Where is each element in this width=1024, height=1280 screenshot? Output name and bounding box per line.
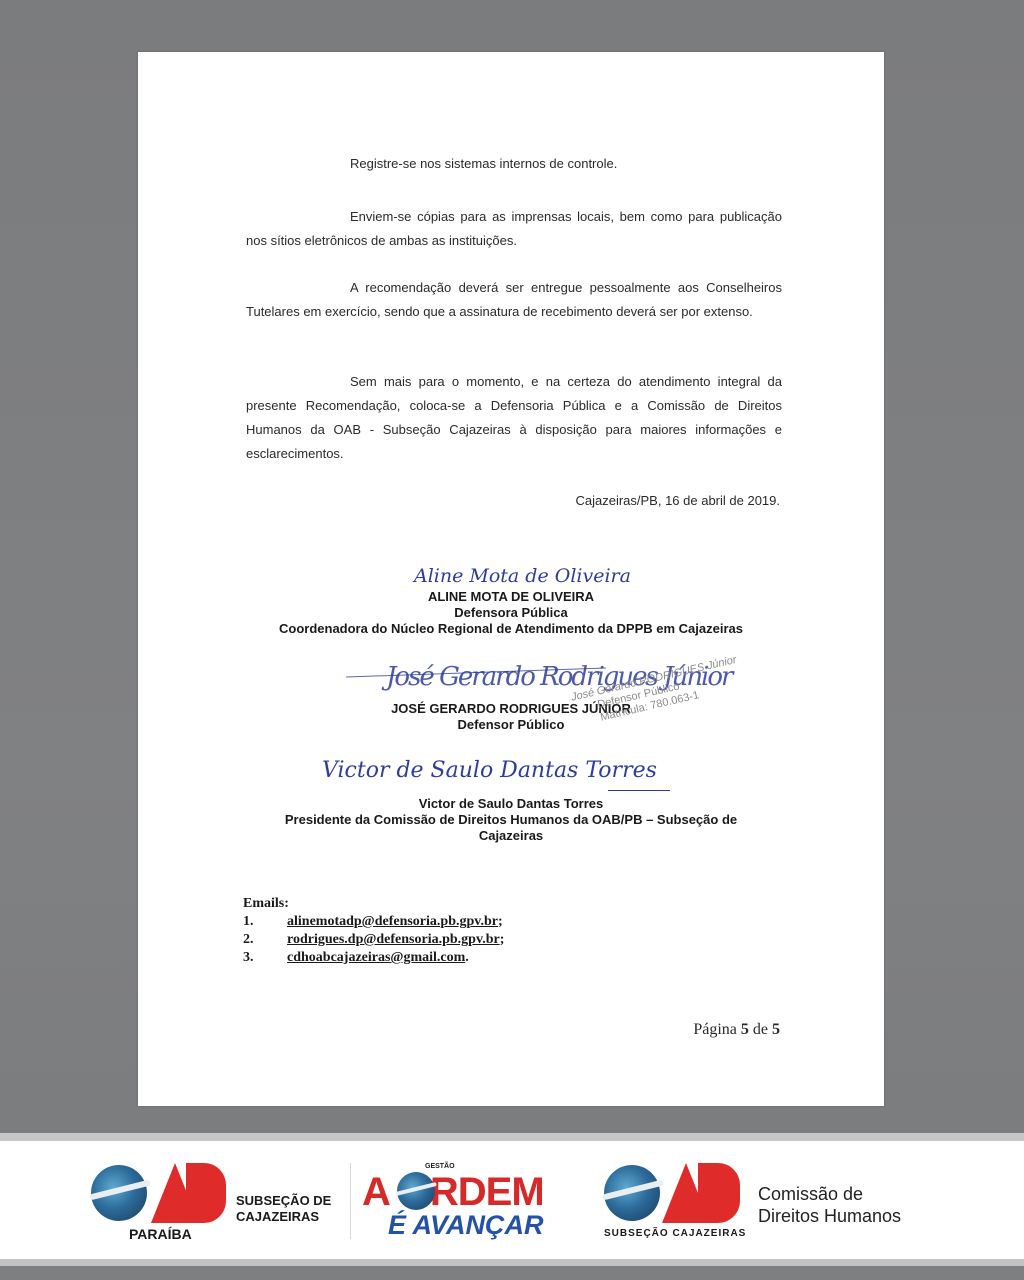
date-line: Cajazeiras/PB, 16 de abril de 2019. [575,493,780,508]
signature-block-aline: ALINE MOTA DE OLIVEIRA Defensora Pública… [138,589,884,637]
email-number: 1. [243,913,287,931]
email-suffix: ; [500,932,505,947]
page-number: Página 5 de 5 [693,1021,780,1039]
footer-band [0,1133,1024,1141]
logo-caption: PARAÍBA [129,1226,192,1242]
page-current: 5 [741,1021,749,1038]
logo-side-line: SUBSEÇÃO DE [236,1193,331,1209]
signature-underline [608,790,670,791]
globe-icon [91,1165,147,1221]
email-heading: Emails: [243,895,504,913]
signer-role: Presidente da Comissão de Direitos Human… [138,812,884,828]
globe-icon [397,1172,435,1210]
gestao-label: GESTÃO [425,1163,455,1170]
paragraph-copies: Enviem-se cópias para as imprensas locai… [246,205,782,253]
logo-side-text: SUBSEÇÃO DE CAJAZEIRAS [236,1193,331,1225]
avancar-text: É AVANÇAR [388,1210,544,1240]
commission-name: Comissão de Direitos Humanos [758,1183,901,1227]
signer-name: Victor de Saulo Dantas Torres [138,796,884,812]
signer-name: ALINE MOTA DE OLIVEIRA [138,589,884,605]
email-link[interactable]: alinemotadp@defensoria.pb.gpv.br [287,914,498,929]
paragraph-register: Registre-se nos sistemas internos de con… [246,152,782,176]
email-number: 3. [243,949,287,967]
signer-role: Defensora Pública [138,605,884,621]
oab-b-shape [186,1163,226,1223]
logo-side-line: CAJAZEIRAS [236,1209,331,1225]
page-label: Página [693,1021,737,1038]
email-link[interactable]: rodrigues.dp@defensoria.pb.gpv.br [287,932,500,947]
signer-role: Defensor Público [138,717,884,733]
email-item: 1. alinemotadp@defensoria.pb.gpv.br; [243,913,504,931]
email-suffix: ; [498,914,503,929]
email-item: 3. cdhoabcajazeiras@gmail.com. [243,949,504,967]
page-total: 5 [772,1021,780,1038]
footer-divider [350,1163,351,1239]
paragraph-text: Enviem-se cópias para as imprensas locai… [246,209,782,248]
paragraph-text: Registre-se nos sistemas internos de con… [350,156,617,171]
globe-icon [604,1165,660,1221]
paragraph-delivery: A recomendação deverá ser entregue pesso… [246,276,782,324]
signer-name: JOSÉ GERARDO RODRIGUES JÚNIOR [138,701,884,717]
signature-block-jose: JOSÉ GERARDO RODRIGUES JÚNIOR Defensor P… [138,701,884,733]
logo-caption: SUBSEÇÃO CAJAZEIRAS [604,1228,746,1239]
paragraph-closing: Sem mais para o momento, e na certeza do… [246,370,782,466]
a-ordem-text: ARDEM [362,1170,544,1214]
paragraph-text: Sem mais para o momento, e na certeza do… [246,374,782,461]
paragraph-text: A recomendação deverá ser entregue pesso… [246,280,782,319]
page-of: de [753,1021,768,1038]
email-link[interactable]: cdhoabcajazeiras@gmail.com [287,950,465,965]
signer-role-cont: Cajazeiras [138,828,884,844]
rdem-text: RDEM [430,1170,544,1214]
letter-a: A [362,1170,390,1214]
email-list: Emails: 1. alinemotadp@defensoria.pb.gpv… [243,895,504,967]
signer-detail: Coordenadora do Núcleo Regional de Atend… [138,621,884,637]
document-page: Registre-se nos sistemas internos de con… [138,52,884,1106]
commission-line: Comissão de [758,1183,901,1205]
footer-band [0,1259,1024,1266]
email-suffix: . [465,950,469,965]
email-item: 2. rodrigues.dp@defensoria.pb.gpv.br; [243,931,504,949]
signature-victor: Victor de Saulo Dantas Torres [322,758,657,783]
footer-bottom-strip [0,1266,1024,1280]
oab-b-shape [698,1163,740,1223]
signature-aline: Aline Mota de Oliveira [414,565,631,587]
signature-block-victor: Victor de Saulo Dantas Torres Presidente… [138,796,884,844]
email-number: 2. [243,931,287,949]
commission-line: Direitos Humanos [758,1205,901,1227]
